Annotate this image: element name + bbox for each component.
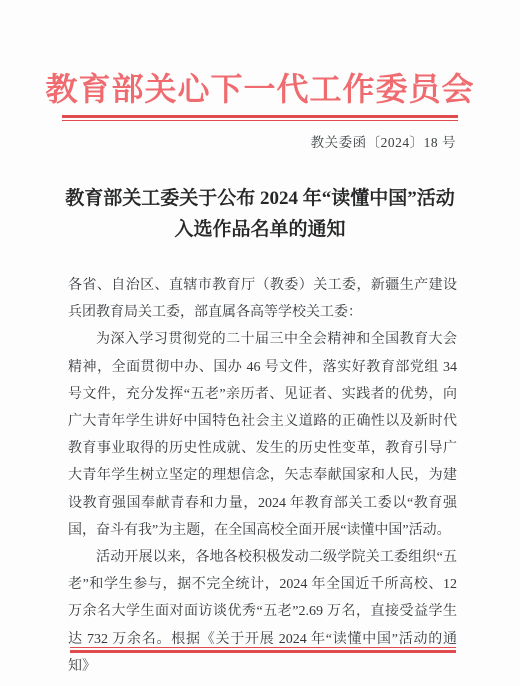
document-title-line1: 教育部关工委关于公布 2024 年“读懂中国”活动	[30, 183, 490, 214]
letterhead-divider-thin-line	[62, 120, 458, 121]
body-paragraph-1: 为深入学习贯彻党的二十届三中全会精神和全国教育大会精神，全面贯彻中办、国办 46…	[68, 326, 457, 544]
footer-divider-thin-line	[70, 647, 456, 648]
letterhead-divider-thick-line	[62, 115, 458, 118]
document-number: 教关委函〔2024〕18 号	[311, 131, 456, 151]
document-body: 各省、自治区、直辖市教育厅（教委）关工委，新疆生产建设兵团教育局关工委，部直属各…	[68, 272, 457, 680]
page-footer-divider	[70, 647, 456, 653]
document-title: 教育部关工委关于公布 2024 年“读懂中国”活动 入选作品名单的通知	[30, 183, 490, 245]
letterhead-org-name: 教育部关心下一代工作委员会	[0, 64, 520, 110]
salutation-paragraph: 各省、自治区、直辖市教育厅（教委）关工委，新疆生产建设兵团教育局关工委，部直属各…	[68, 272, 457, 326]
document-title-line2: 入选作品名单的通知	[30, 214, 490, 245]
document-page: 教育部关心下一代工作委员会 教关委函〔2024〕18 号 教育部关工委关于公布 …	[0, 0, 520, 686]
letterhead-divider	[62, 115, 458, 121]
body-paragraph-2: 活动开展以来，各地各校积极发动二级学院关工委组织“五老”和学生参与，据不完全统计…	[68, 544, 457, 680]
footer-divider-thick-line	[70, 650, 456, 653]
